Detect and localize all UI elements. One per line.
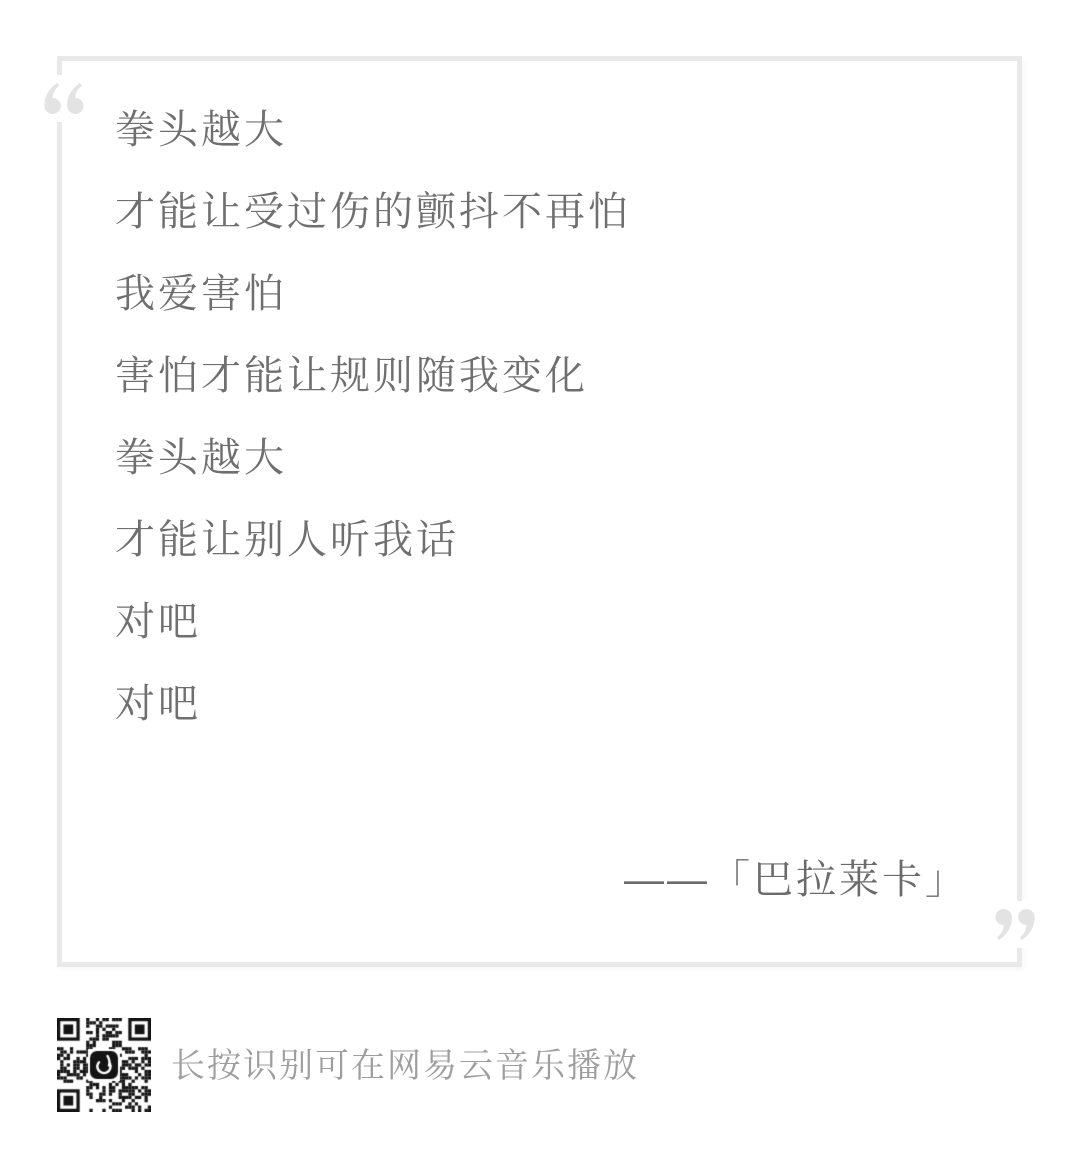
lyric-line: 我爱害怕 [115, 253, 977, 335]
lyrics-lines: 拳头越大才能让受过伤的颤抖不再怕我爱害怕害怕才能让规则随我变化拳头越大才能让别人… [115, 89, 977, 745]
lyric-line: 对吧 [115, 663, 977, 745]
netease-qr-code[interactable] [57, 1018, 151, 1112]
lyric-line: 才能让别人听我话 [115, 499, 977, 581]
lyric-line: 拳头越大 [115, 89, 977, 171]
lyric-line: 拳头越大 [115, 417, 977, 499]
lyrics-card: 拳头越大才能让受过伤的颤抖不再怕我爱害怕害怕才能让规则随我变化拳头越大才能让别人… [57, 56, 1022, 967]
scan-hint-text: 长按识别可在网易云音乐播放 [171, 1046, 639, 1086]
close-quote-icon [989, 901, 1041, 948]
lyric-line: 对吧 [115, 581, 977, 663]
lyric-line: 才能让受过伤的颤抖不再怕 [115, 171, 977, 253]
song-attribution: ——「巴拉莱卡」 [624, 858, 968, 902]
lyrics-share-page: 拳头越大才能让受过伤的颤抖不再怕我爱害怕害怕才能让规则随我变化拳头越大才能让别人… [0, 0, 1080, 1149]
open-quote-icon [38, 75, 90, 122]
lyric-line: 害怕才能让规则随我变化 [115, 335, 977, 417]
